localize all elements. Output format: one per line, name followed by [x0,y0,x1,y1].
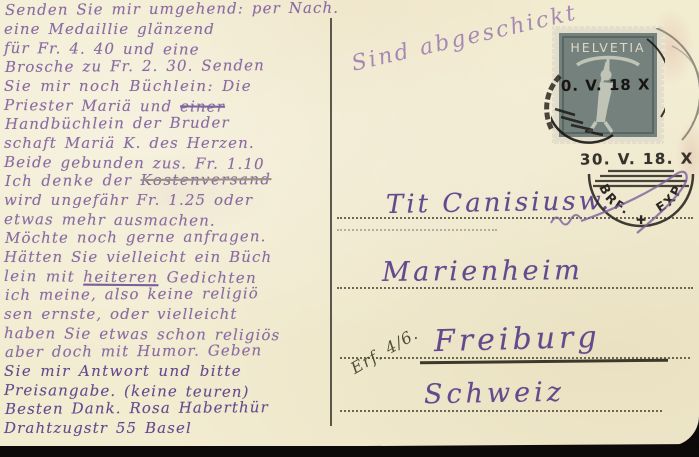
message-line: schaft Mariä K. des Herzen. [4,134,340,153]
address-dotted-line [337,229,497,231]
message-line: sen ernste, oder vielleicht [4,305,340,324]
message-line: Hätten Sie vielleicht ein Büch [4,248,340,267]
message-line: Ich denke der Kostenversand [5,170,341,191]
message-line: ich meine, also keine religiö [5,284,341,305]
message-line: Handbüchlein der Bruder [5,113,341,134]
message-line: wird ungefähr Fr. 1.25 oder [4,191,340,210]
address-dotted-line [340,410,662,412]
partial-postmark-arc [530,74,564,134]
processing-note: Erf. 4/6. [347,324,421,378]
message-line: Besten Dank. Rosa Haberthür [5,398,341,419]
message-line: Möchte noch gerne anfragen. [5,227,341,248]
message-line: Drahtzugstr 55 Basel [4,419,340,438]
message-line: Sie mir Antwort und bitte [4,362,340,381]
message-line: aber doch mit Humor. Geben [5,341,341,362]
message-block: Senden Sie mir umgehend: per Nach.eine M… [4,1,340,438]
freiburg-underline [420,359,668,364]
address-line-city: Freiburg [434,320,601,359]
address-line-institution: Marienheim [382,255,584,288]
message-line: eine Medaillie glänzend [4,20,340,39]
address-line-country: Schweiz [424,377,565,410]
pen-flourish [545,165,699,260]
message-line: Sie mir noch Büchlein: Die [4,77,340,96]
svg-text:0. V. 18 X: 0. V. 18 X [561,75,651,95]
message-line: Senden Sie mir umgehend: per Nach. [5,0,341,20]
postcard: Senden Sie mir umgehend: per Nach.eine M… [0,0,699,446]
message-line: Brosche zu Fr. 2. 30. Senden [5,56,341,77]
partial-postmark-arc [648,28,699,148]
helvetia-label: HELVETIA [570,40,645,55]
